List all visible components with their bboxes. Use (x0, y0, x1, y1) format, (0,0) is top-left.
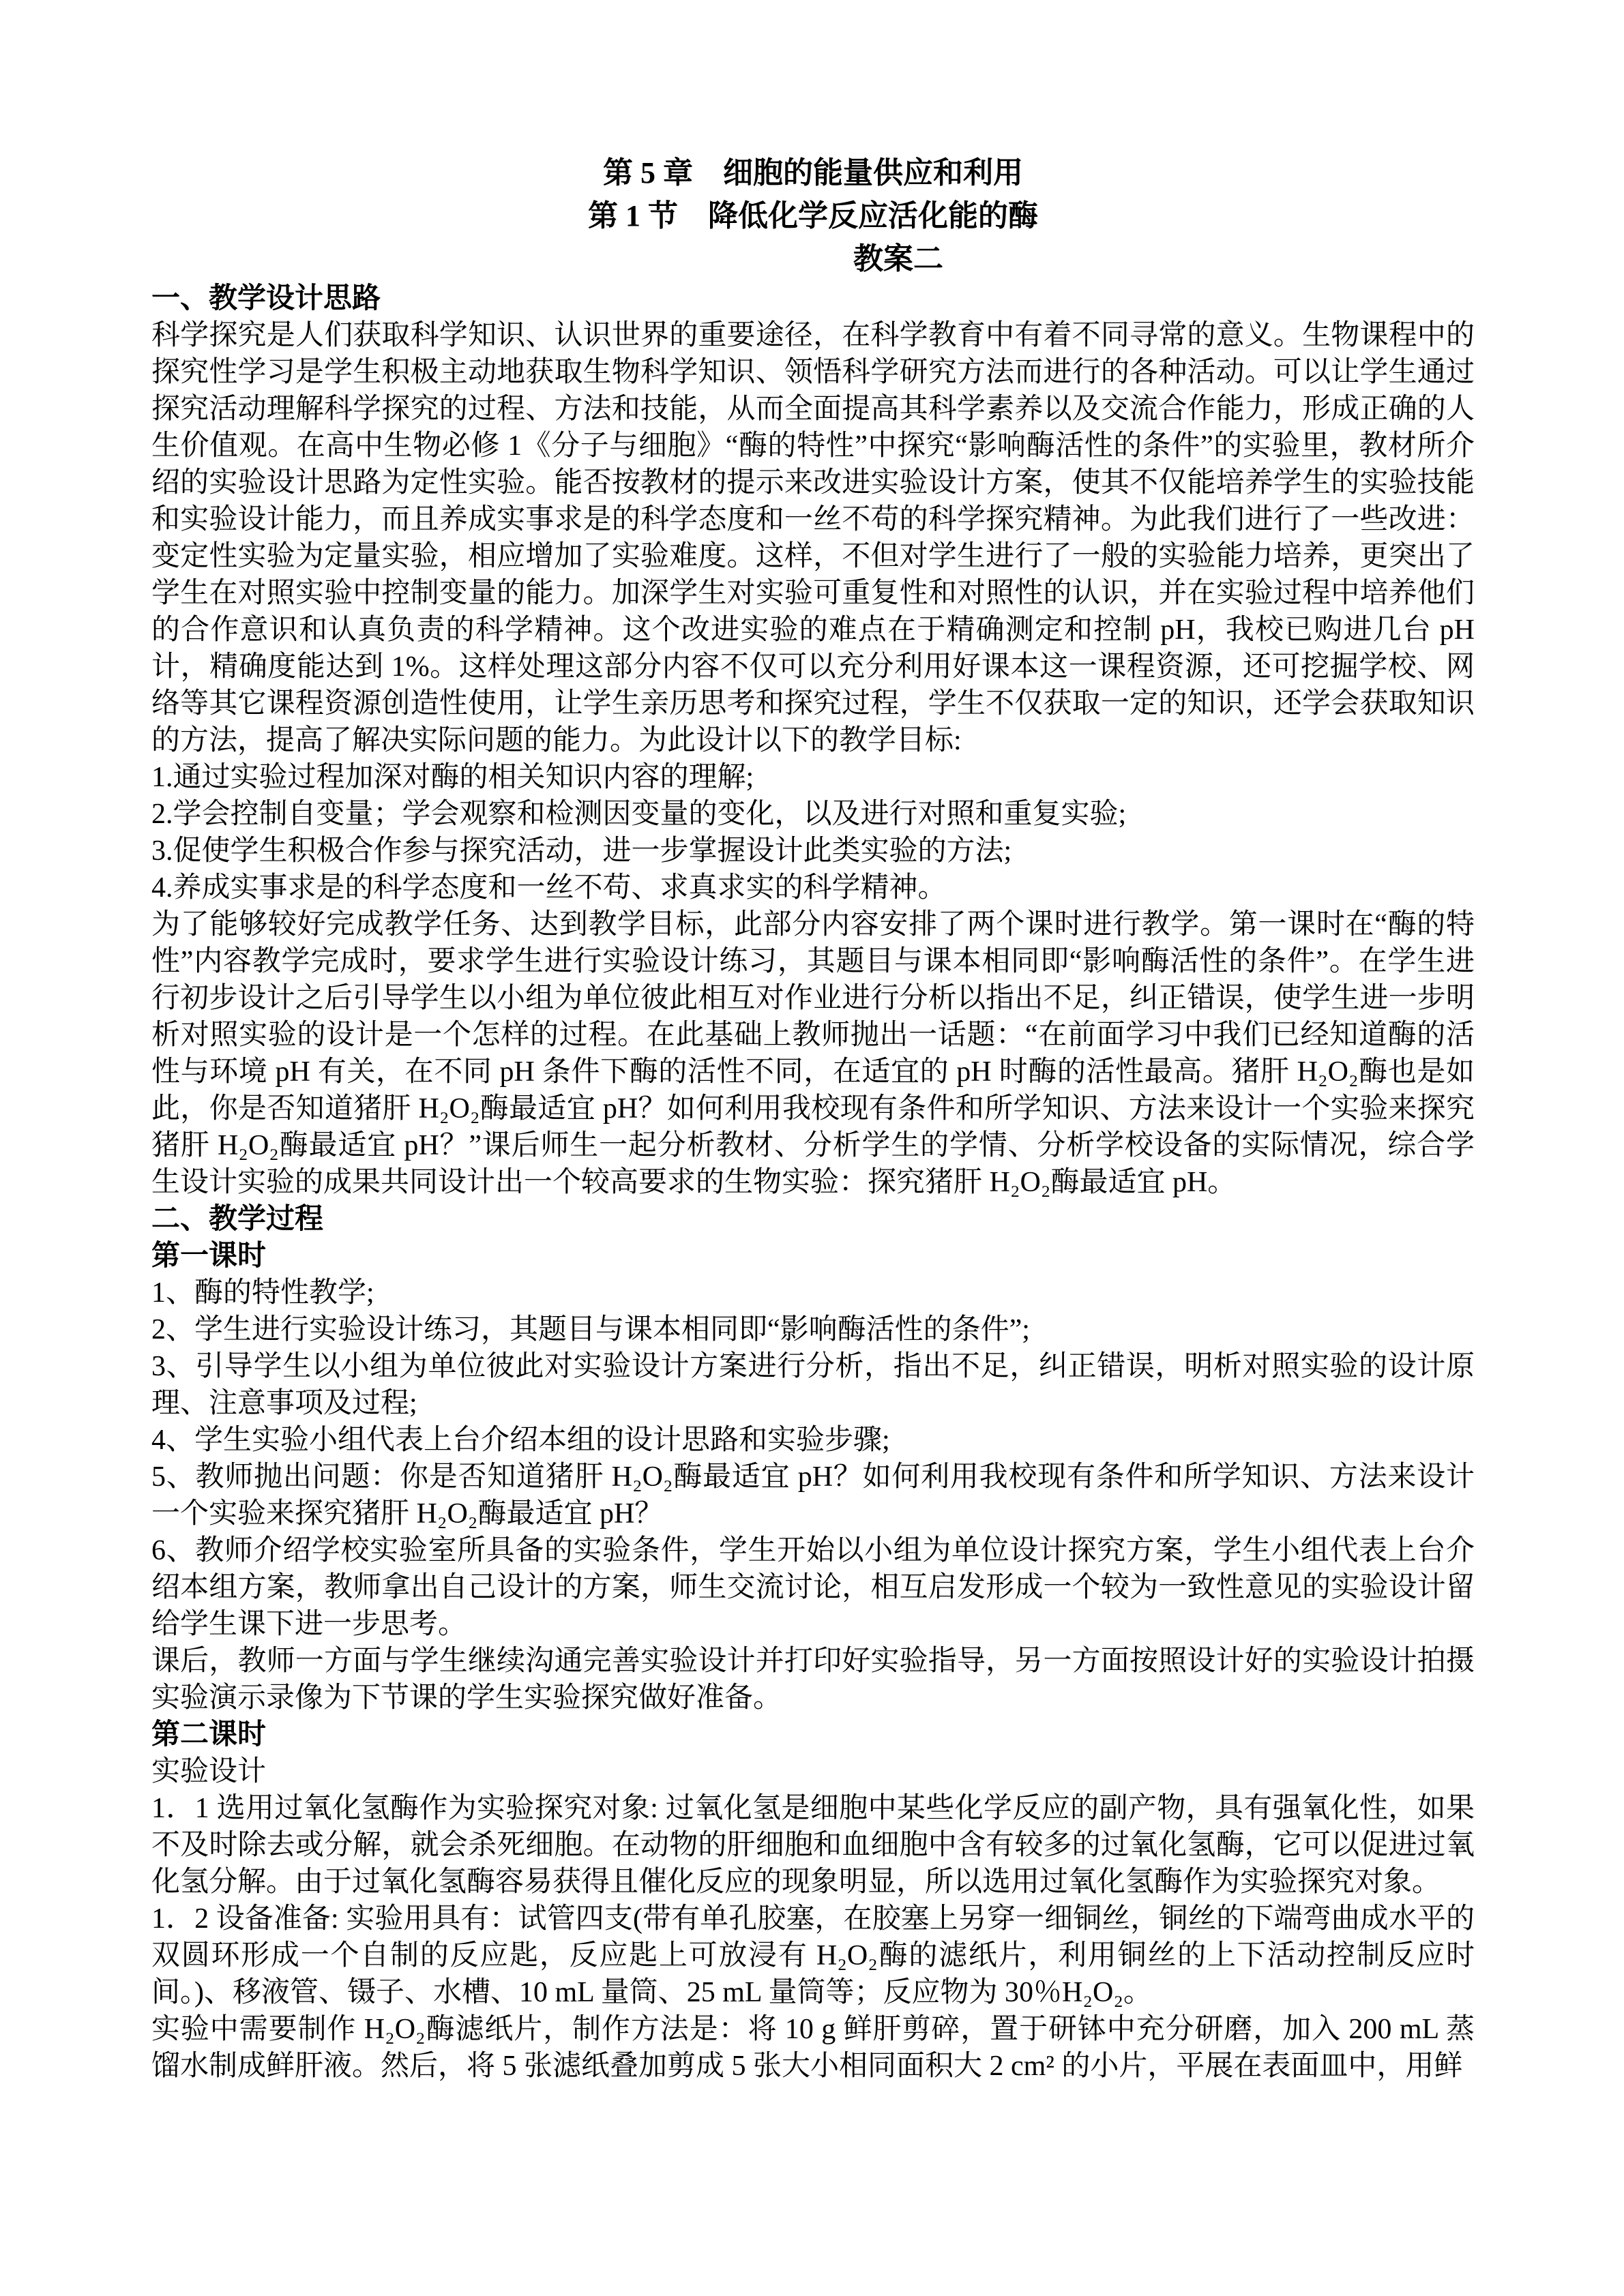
heading-teaching-design-approach: 一、教学设计思路 (151, 280, 1475, 317)
label-experiment-design: 实验设计 (151, 1753, 1475, 1790)
paragraph-lesson-arrangement: 为了能够较好完成教学任务、达到教学目标，此部分内容安排了两个课时进行教学。第一课… (151, 906, 1475, 1201)
paragraph-filter-paper-preparation: 实验中需要制作 H₂O₂酶滤纸片，制作方法是：将 10 g 鲜肝剪碎，置于研钵中… (151, 2011, 1475, 2085)
heading-second-period: 第二课时 (151, 1716, 1475, 1753)
first-period-step-5: 5、教师抛出问题：你是否知道猪肝 H₂O₂酶最适宜 pH？如何利用我校现有条件和… (151, 1459, 1475, 1532)
first-period-step-1: 1、酶的特性教学; (151, 1274, 1475, 1311)
teaching-goal-item-2: 2.学会控制自变量；学会观察和检测因变量的变化，以及进行对照和重复实验; (151, 796, 1475, 833)
document-page: 第 5 章 细胞的能量供应和利用 第 1 节 降低化学反应活化能的酶 教案二 一… (0, 0, 1624, 2296)
section-title: 第 1 节 降低化学反应活化能的酶 (151, 194, 1475, 237)
heading-teaching-process: 二、教学过程 (151, 1201, 1475, 1238)
document-content: 第 5 章 细胞的能量供应和利用 第 1 节 降低化学反应活化能的酶 教案二 一… (151, 151, 1475, 2085)
teaching-goal-item-3: 3.促使学生积极合作参与探究活动，进一步掌握设计此类实验的方法; (151, 833, 1475, 869)
paragraph-design-rationale: 科学探究是人们获取科学知识、认识世界的重要途径，在科学教育中有着不同寻常的意义。… (151, 317, 1475, 759)
first-period-step-3: 3、引导学生以小组为单位彼此对实验设计方案进行分析，指出不足，纠正错误，明析对照… (151, 1348, 1475, 1422)
lesson-plan-subtitle: 教案二 (322, 237, 1475, 280)
chapter-title: 第 5 章 细胞的能量供应和利用 (151, 151, 1475, 194)
first-period-step-4: 4、学生实验小组代表上台介绍本组的设计思路和实验步骤; (151, 1422, 1475, 1459)
paragraph-equipment-preparation: 1．2 设备准备: 实验用具有：试管四支(带有单孔胶塞，在胶塞上另穿一细铜丝，铜… (151, 1900, 1475, 2011)
heading-first-period: 第一课时 (151, 1238, 1475, 1274)
paragraph-after-class: 课后，教师一方面与学生继续沟通完善实验设计并打印好实验指导，另一方面按照设计好的… (151, 1643, 1475, 1716)
teaching-goal-item-4: 4.养成实事求是的科学态度和一丝不苟、求真求实的科学精神。 (151, 869, 1475, 906)
teaching-goal-item-1: 1.通过实验过程加深对酶的相关知识内容的理解; (151, 759, 1475, 796)
first-period-step-6: 6、教师介绍学校实验室所具备的实验条件，学生开始以小组为单位设计探究方案，学生小… (151, 1532, 1475, 1643)
first-period-step-2: 2、学生进行实验设计练习，其题目与课本相同即“影响酶活性的条件”; (151, 1311, 1475, 1348)
paragraph-experiment-subject: 1．1 选用过氧化氢酶作为实验探究对象: 过氧化氢是细胞中某些化学反应的副产物，… (151, 1790, 1475, 1900)
